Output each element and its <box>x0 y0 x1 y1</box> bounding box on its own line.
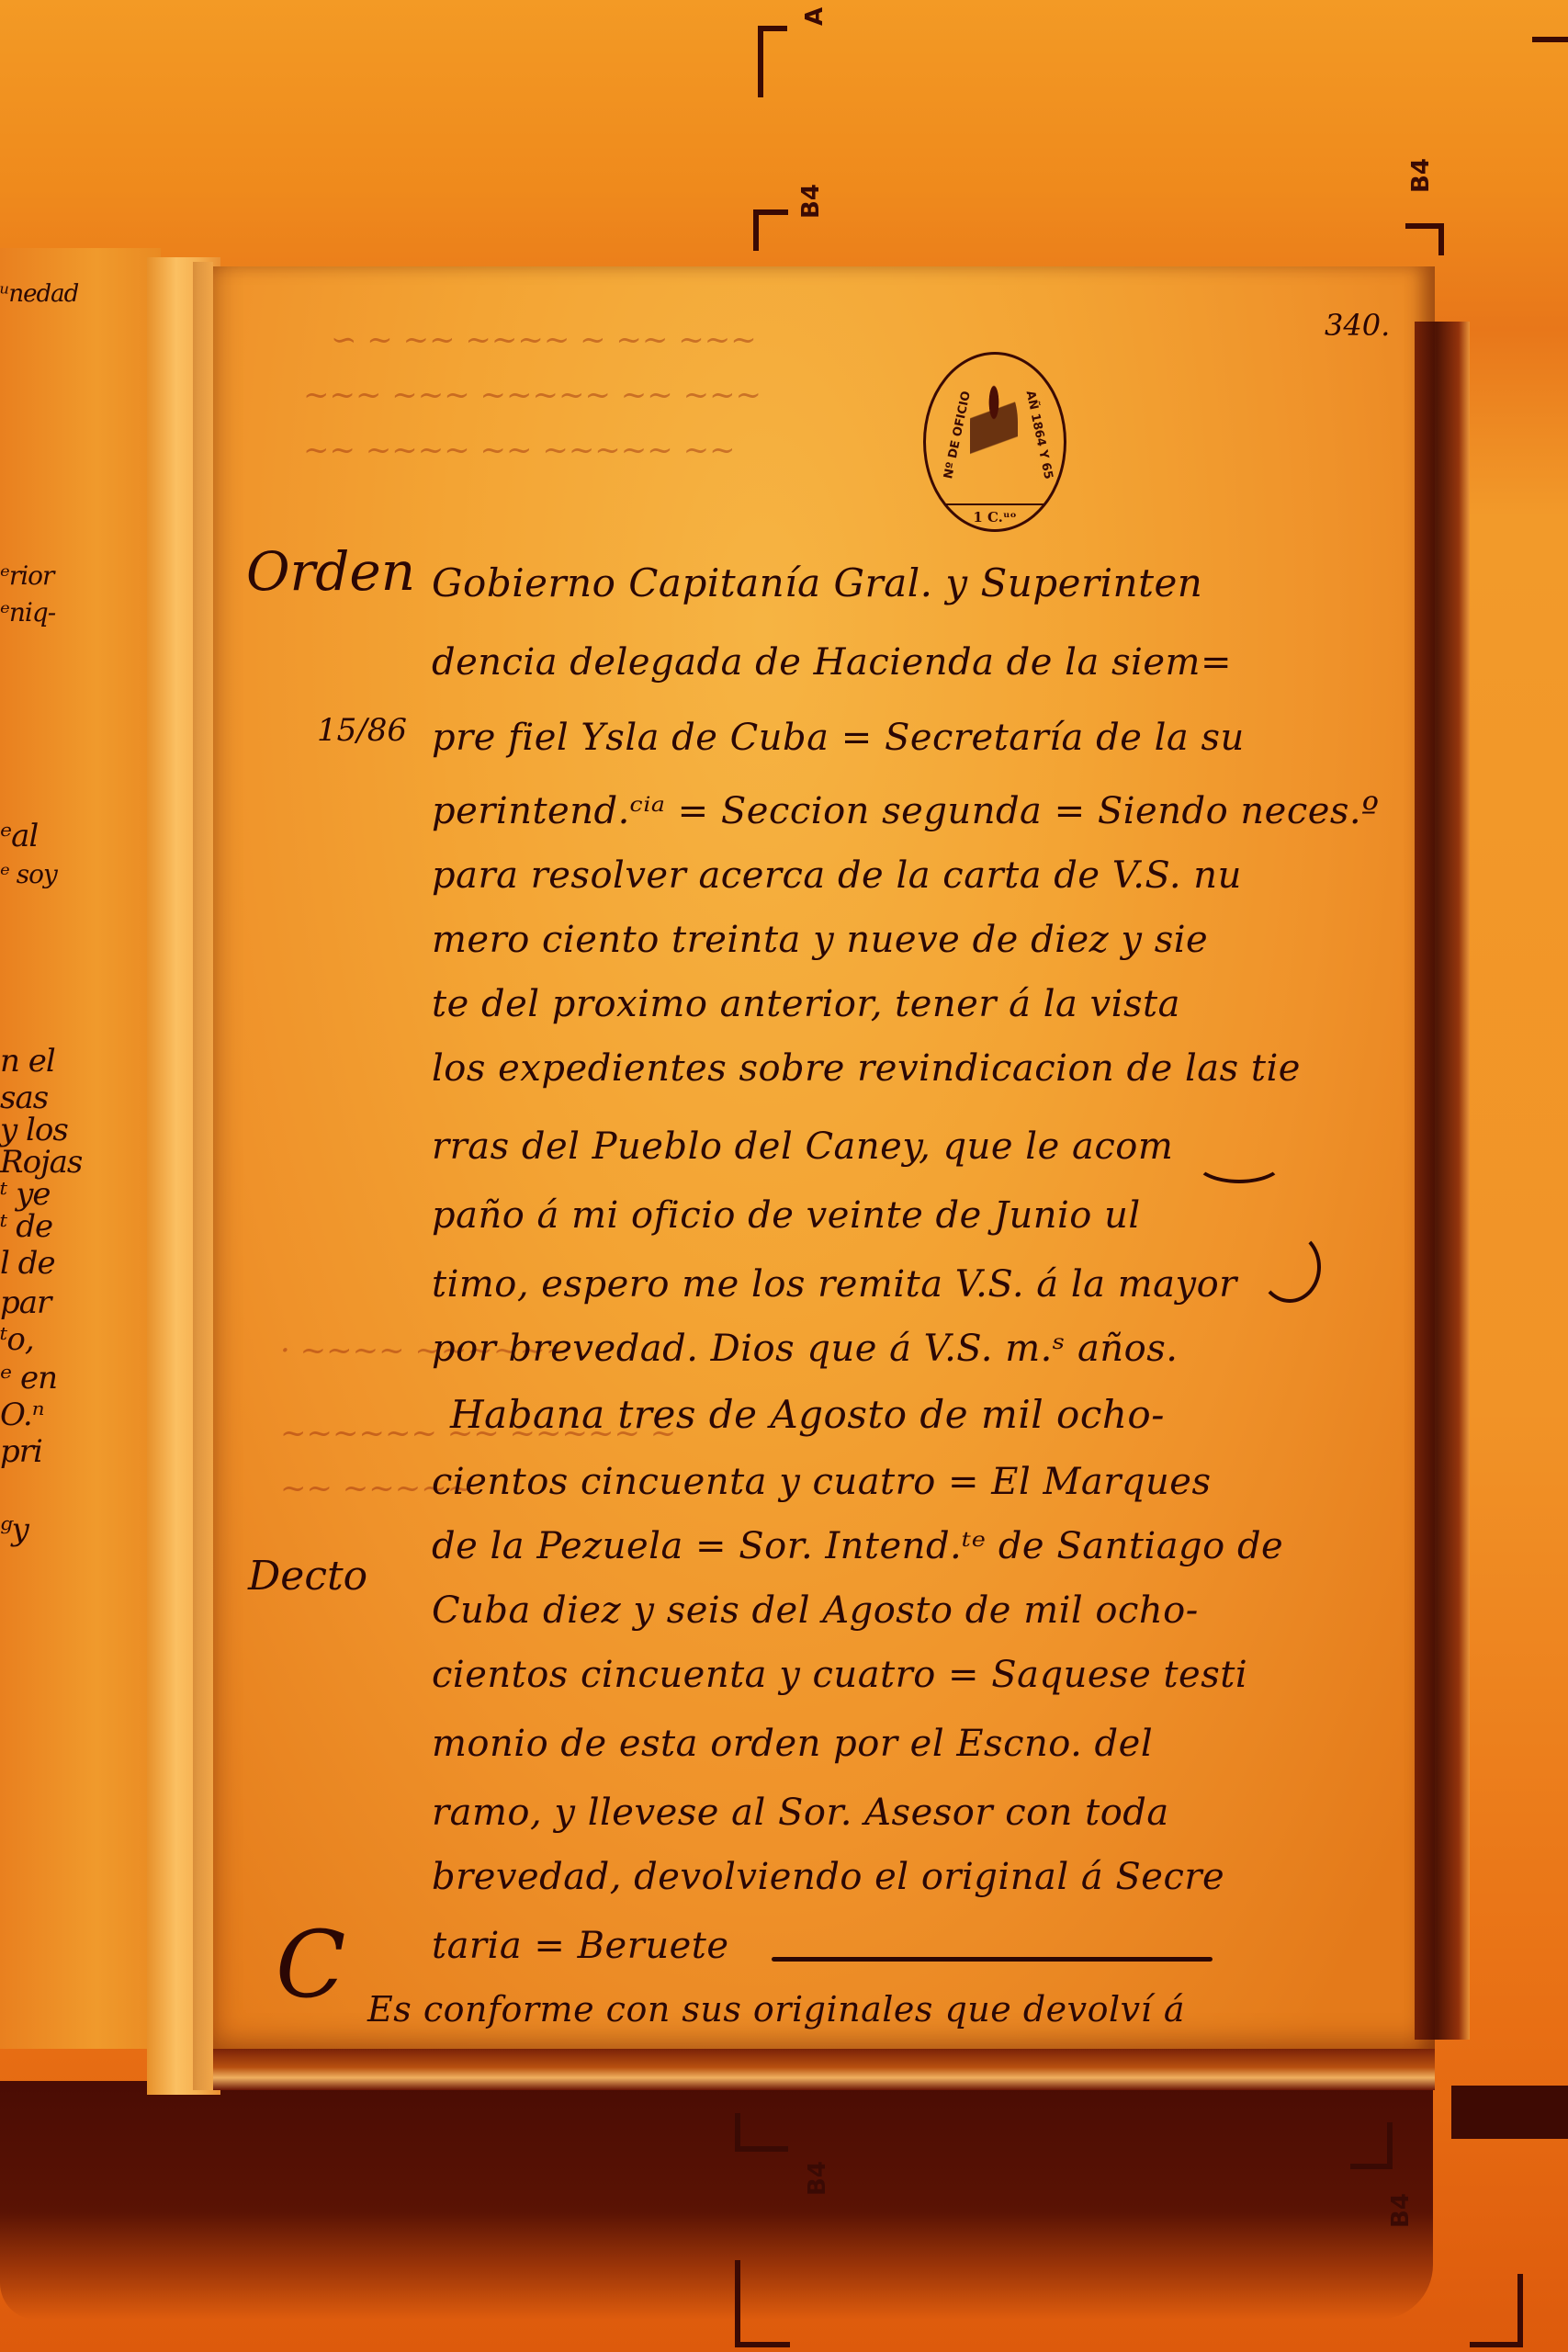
crop-label-b4-right: B4 <box>1407 158 1435 193</box>
crop-mark-top-b4-left-h <box>753 209 788 215</box>
manuscript-line: brevedad, devolviendo el original á Secr… <box>432 1856 1224 1898</box>
manuscript-line: Gobierno Capitanía Gral. y Superinten <box>432 560 1202 605</box>
left-fragment: Rojas <box>0 1144 82 1181</box>
crop-mark-top-right <box>1532 37 1568 42</box>
manuscript-line: cientos cincuenta y cuatro = Saquese tes… <box>432 1654 1247 1696</box>
manuscript-line: Cuba diez y seis del Agosto de mil ocho- <box>432 1589 1199 1632</box>
crop-label-a: A <box>801 7 829 26</box>
manuscript-line: rras del Pueblo del Caney, que le acom <box>432 1125 1173 1168</box>
shadow-band <box>1451 2086 1568 2139</box>
margin-decree: Decto <box>248 1553 367 1600</box>
signature-rule <box>772 1957 1213 1962</box>
crop-label-bottom-b4-left: B4 <box>804 2161 831 2196</box>
crop-mark-bottom-right-2-h <box>1470 2342 1523 2347</box>
seal-divider <box>944 503 1045 505</box>
left-fragment: y los <box>0 1112 68 1148</box>
margin-heading-orden: Orden <box>246 540 415 603</box>
left-fragment: ᵉ soy <box>0 859 57 889</box>
left-fragment: l de <box>0 1245 55 1282</box>
crop-mark-bottom-right <box>1387 2122 1393 2168</box>
manuscript-line: ramo, y llevese al Sor. Asesor con toda <box>432 1792 1169 1834</box>
crop-mark-top-b4-left <box>753 209 759 251</box>
left-fragment: ᵗ de <box>0 1208 52 1245</box>
crop-mark-bottom-right-h <box>1350 2164 1393 2169</box>
page-number: 340. <box>1325 308 1390 343</box>
crop-mark-bottom-left-2-h <box>735 2342 790 2347</box>
official-seal-stamp: Nº DE OFICIO AÑ 1864 Y 65 1 C.ᵘᵒ <box>923 352 1066 532</box>
manuscript-line: timo, espero me los remita V.S. á la may… <box>432 1263 1237 1306</box>
manuscript-line: dencia delegada de Hacienda de la siem= <box>432 641 1232 684</box>
manuscript-line: cientos cincuenta y cuatro = El Marques <box>432 1461 1211 1503</box>
crop-mark-bottom-left-h <box>735 2146 788 2152</box>
flourish-stroke <box>1258 1231 1321 1303</box>
manuscript-line: mero ciento treinta y nueve de diez y si… <box>432 919 1208 961</box>
crop-label-bottom-b4-right: B4 <box>1387 2193 1415 2228</box>
left-fragment: ᵗ ye <box>0 1176 51 1213</box>
left-fragment: ᵉrior <box>0 560 53 591</box>
gutter-fold <box>193 262 213 2090</box>
manuscript-line: Es conforme con sus originales que devol… <box>367 1989 1185 2030</box>
manuscript-line: te del proximo anterior, tener á la vist… <box>432 983 1180 1025</box>
left-fragment: ᵉal <box>0 818 38 854</box>
manuscript-line: Habana tres de Agosto de mil ocho- <box>450 1392 1165 1437</box>
crop-mark-top-a <box>758 26 763 97</box>
crop-mark-top-a-h <box>758 26 787 31</box>
bleed-through-text: ∽ ~ ~~ ~~~~ ~ ~~ ~~~ <box>331 322 757 358</box>
left-fragment: ᵘnedad <box>0 280 78 308</box>
signature-line: taria = Beruete <box>432 1925 729 1967</box>
left-fragment: n el <box>0 1043 55 1080</box>
book-shadow <box>0 2081 1433 2320</box>
manuscript-line: para resolver acerca de la carta de V.S.… <box>432 854 1242 897</box>
left-fragment: pri <box>0 1433 42 1470</box>
page-stack-edge <box>1415 322 1470 2040</box>
manuscript-line: por brevedad. Dios que á V.S. m.ˢ años. <box>432 1328 1178 1370</box>
bleed-through-text: ~~ ~~~~ ~~ ~~~~~ ~~ <box>303 432 736 469</box>
left-fragment: ᵗo, <box>0 1321 34 1358</box>
crop-mark-bottom-left-2 <box>735 2260 740 2347</box>
left-fragment: O.ⁿ <box>0 1396 43 1433</box>
left-fragment: par <box>0 1284 51 1321</box>
page-bottom-edge <box>213 2049 1435 2090</box>
crop-mark-bottom-right-2 <box>1517 2274 1523 2347</box>
seal-value: 1 C.ᵘᵒ <box>926 509 1064 526</box>
left-page-fragment: ᵘnedad ᵉrior ᵉniq- ᵉal ᵉ soy n el sas y … <box>0 248 161 2049</box>
flourish-stroke <box>1194 1139 1284 1183</box>
crop-mark-bottom-left <box>735 2113 740 2150</box>
seated-figure-icon <box>970 382 1018 483</box>
manuscript-line: los expedientes sobre revindicacion de l… <box>432 1047 1301 1090</box>
bleed-through-text: ~~~ ~~~ ~~~~~ ~~ ~~~ <box>303 377 761 413</box>
left-fragment: ᵉniq- <box>0 597 55 628</box>
seal-right-text: AÑ 1864 Y 65 <box>1022 390 1055 481</box>
margin-closing-mark: C <box>276 1911 346 2018</box>
left-fragment: ᵍy <box>0 1511 28 1548</box>
crop-label-b4-left: B4 <box>797 184 825 219</box>
crop-mark-top-b4-right-h <box>1405 223 1444 229</box>
left-fragment: sas <box>0 1080 48 1116</box>
left-fragment: ᵉ en <box>0 1360 57 1396</box>
manuscript-line: paño á mi oficio de veinte de Junio ul <box>432 1194 1141 1237</box>
manuscript-line: monio de esta orden por el Escno. del <box>432 1723 1153 1765</box>
margin-folio-ref: 15/86 <box>317 712 407 749</box>
manuscript-line: de la Pezuela = Sor. Intend.ᵗᵉ de Santia… <box>432 1525 1283 1567</box>
manuscript-line: perintend.ᶜⁱᵃ = Seccion segunda = Siendo… <box>432 790 1379 832</box>
manuscript-line: pre fiel Ysla de Cuba = Secretaría de la… <box>432 717 1245 759</box>
seal-left-text: Nº DE OFICIO <box>942 390 974 480</box>
